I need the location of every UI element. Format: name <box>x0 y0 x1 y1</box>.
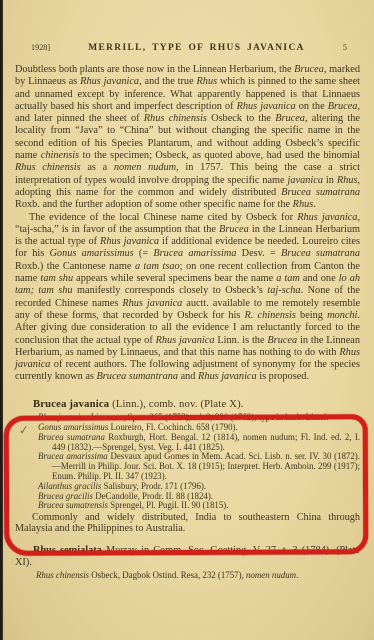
treatment-heading: Brucea javanica (Linn.), comb. nov. (Pla… <box>33 399 360 412</box>
pencil-checkmark-icon: ✓ <box>19 422 29 438</box>
species-treatment: Brucea javanica (Linn.), comb. nov. (Pla… <box>15 399 360 535</box>
header-year: 1928] <box>31 43 50 52</box>
paragraph-rhus-semialata: Rhus semialata Murray in Comm. Soc. Goet… <box>15 545 360 570</box>
header-running-title: MERRILL, TYPE OF RHUS JAVANICA <box>88 43 305 53</box>
header-page-number: 5 <box>343 43 347 52</box>
paragraph-doubtless: Doubtless both plants are those now in t… <box>15 64 360 212</box>
scan-edge-shadow <box>0 0 3 640</box>
running-header: 1928] MERRILL, TYPE OF RHUS JAVANICA 5 <box>0 43 374 53</box>
synonym-rhus-chinensis: Rhus chinensis Osbeck, Dagbok Ostind. Re… <box>15 571 360 581</box>
page-body: Doubtless both plants are those now in t… <box>0 53 374 581</box>
scanned-journal-page: 1928] MERRILL, TYPE OF RHUS JAVANICA 5 D… <box>0 0 374 640</box>
distribution-note: Commonly and widely distributed, India t… <box>15 513 360 535</box>
synonym-entry: Brucea sumatrensis Sprengel, Pl. Pugil. … <box>38 501 360 511</box>
synonym-entry: Brucea amarissima Desvaux apud Gomes in … <box>38 452 360 481</box>
paragraph-evidence: The evidence of the local Chinese name c… <box>15 212 360 384</box>
synonym-entry: Brucea sumatrana Roxburgh, Hort. Bengal.… <box>38 433 360 453</box>
